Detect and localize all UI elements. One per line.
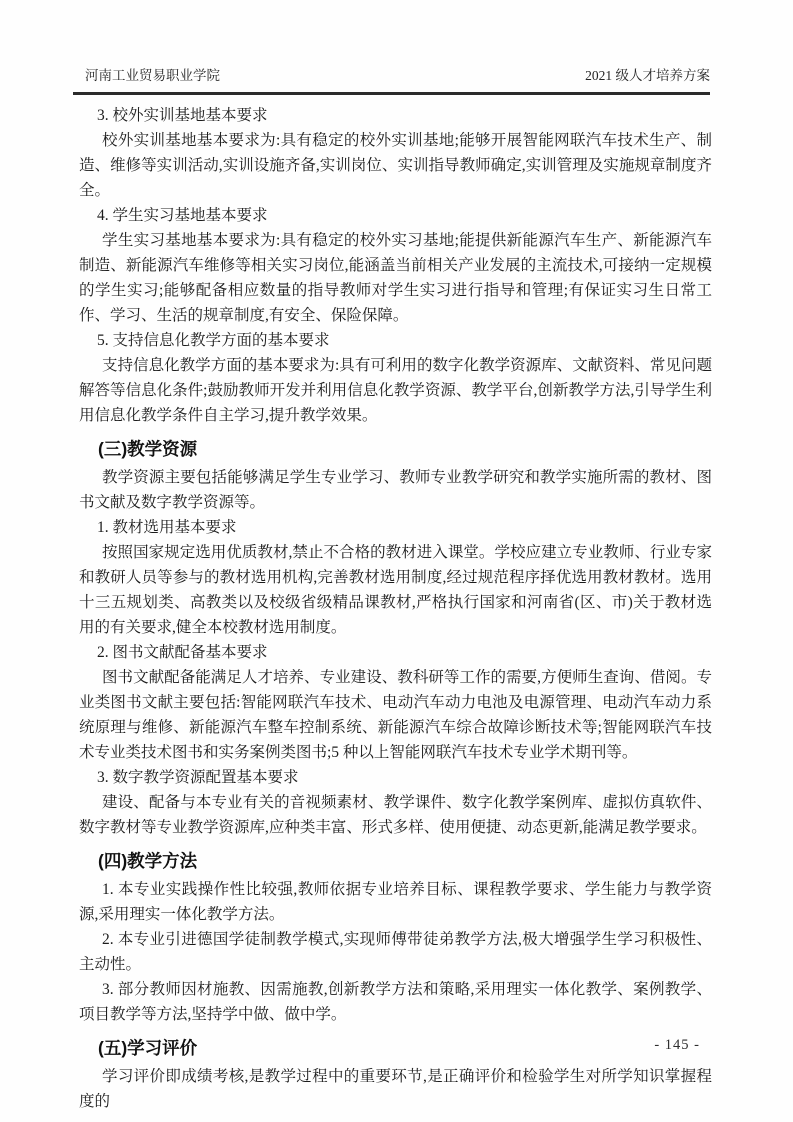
numbered-subheading: 1. 教材选用基本要求: [79, 515, 712, 540]
page-number: - 145 -: [654, 1035, 700, 1055]
paragraph: 教学资源主要包括能够满足学生专业学习、教师专业教学研究和教学实施所需的教材、图书…: [79, 465, 712, 515]
header-divider-rule: [73, 92, 710, 95]
paragraph: 建设、配备与本专业有关的音视频素材、教学课件、数字化教学案例库、虚拟仿真软件、数…: [79, 790, 712, 840]
paragraph: 3. 部分教师因材施教、因需施教,创新教学方法和策略,采用理实一体化教学、案例教…: [79, 977, 712, 1027]
document-page: 河南工业贸易职业学院 2021 级人才培养方案 3. 校外实训基地基本要求 校外…: [0, 0, 793, 1122]
paragraph: 按照国家规定选用优质教材,禁止不合格的教材进入课堂。学校应建立专业教师、行业专家…: [79, 540, 712, 640]
paragraph: 支持信息化教学方面的基本要求为:具有可利用的数字化教学资源库、文献资料、常见问题…: [79, 353, 712, 428]
document-body: 3. 校外实训基地基本要求 校外实训基地基本要求为:具有稳定的校外实训基地;能够…: [79, 103, 712, 1114]
section-heading: (三)教学资源: [79, 436, 712, 462]
page-header: 河南工业贸易职业学院 2021 级人才培养方案: [73, 67, 710, 85]
numbered-subheading: 3. 数字教学资源配置基本要求: [79, 765, 712, 790]
paragraph: 学生实习基地基本要求为:具有稳定的校外实习基地;能提供新能源汽车生产、新能源汽车…: [79, 228, 712, 328]
section-heading: (五)学习评价: [79, 1035, 712, 1061]
paragraph: 学习评价即成绩考核,是教学过程中的重要环节,是正确评价和检验学生对所学知识掌握程…: [79, 1064, 712, 1114]
header-document-title: 2021 级人才培养方案: [585, 67, 710, 85]
numbered-subheading: 4. 学生实习基地基本要求: [79, 203, 712, 228]
numbered-subheading: 2. 图书文献配备基本要求: [79, 640, 712, 665]
paragraph: 2. 本专业引进德国学徒制教学模式,实现师傅带徒弟教学方法,极大增强学生学习积极…: [79, 927, 712, 977]
header-school-name: 河南工业贸易职业学院: [85, 67, 220, 85]
paragraph: 1. 本专业实践操作性比较强,教师依据专业培养目标、课程教学要求、学生能力与教学…: [79, 877, 712, 927]
paragraph: 校外实训基地基本要求为:具有稳定的校外实训基地;能够开展智能网联汽车技术生产、制…: [79, 128, 712, 203]
paragraph: 图书文献配备能满足人才培养、专业建设、教科研等工作的需要,方便师生查询、借阅。专…: [79, 665, 712, 765]
section-heading: (四)教学方法: [79, 848, 712, 874]
numbered-subheading: 3. 校外实训基地基本要求: [79, 103, 712, 128]
numbered-subheading: 5. 支持信息化教学方面的基本要求: [79, 328, 712, 353]
